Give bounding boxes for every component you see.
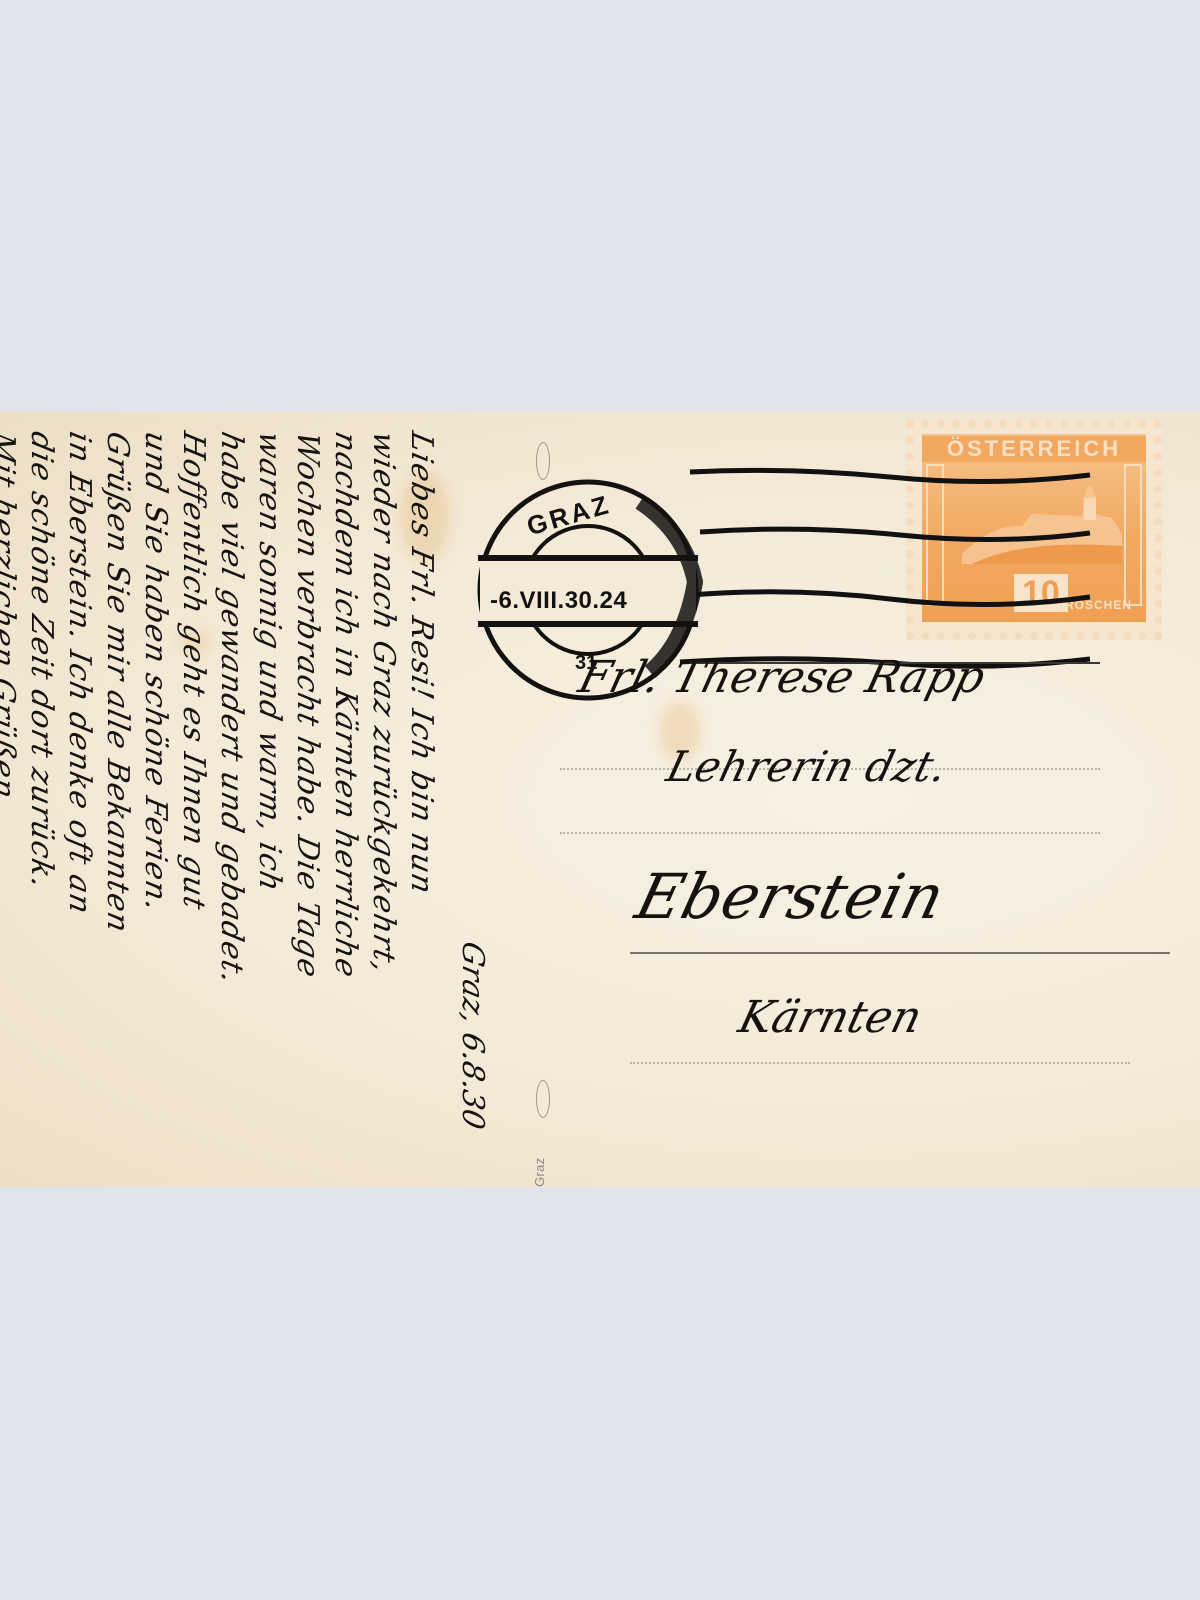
message-line: habe viel gewandert und gebadet. <box>212 428 250 1171</box>
message-line: Wochen verbracht habe. Die Tage <box>288 428 326 1171</box>
address-rule <box>630 1062 1130 1064</box>
address-rule <box>630 952 1170 954</box>
address-region: Kärnten <box>734 992 927 1043</box>
divider-ornament <box>536 1080 550 1118</box>
address-occupation: Lehrerin dzt. <box>662 742 952 791</box>
message-line: Grüßen Sie mir alle Bekannten <box>98 428 136 1171</box>
message-line: wieder nach Graz zurückgekehrt, <box>364 428 402 1171</box>
message-line: in Eberstein. Ich denke oft an <box>60 428 98 1171</box>
message-line: Liebes Frl. Resi! Ich bin nun <box>402 428 440 1171</box>
address-recipient: Frl. Therese Rapp <box>574 652 990 703</box>
stamp-border <box>1124 464 1142 606</box>
address-rule <box>560 832 1100 834</box>
message-line: nachdem ich in Kärnten herrliche <box>326 428 364 1171</box>
message-line: und Sie haben schöne Ferien. <box>136 428 174 1171</box>
address-town: Eberstein <box>629 860 952 933</box>
message-date: Graz, 6.8.30 <box>455 938 490 1132</box>
message-line: die schöne Zeit dort zurück. <box>22 428 60 1171</box>
message-line: Hoffentlich geht es Ihnen gut <box>174 428 212 1171</box>
message-line: waren sonnig und warm, ich <box>250 428 288 1171</box>
postcard: Graz, 6.8.30 Liebes Frl. Resi! Ich bin n… <box>0 412 1200 1187</box>
postmark-date: -6.VIII.30.24 <box>490 587 627 615</box>
handwritten-message: Graz, 6.8.30 Liebes Frl. Resi! Ich bin n… <box>0 412 490 1187</box>
message-line: Mit herzlichen Grüßen <box>0 428 22 1171</box>
publisher-imprint: Alpenländischer Kunstverlag, Inhaber Wal… <box>532 1158 547 1187</box>
